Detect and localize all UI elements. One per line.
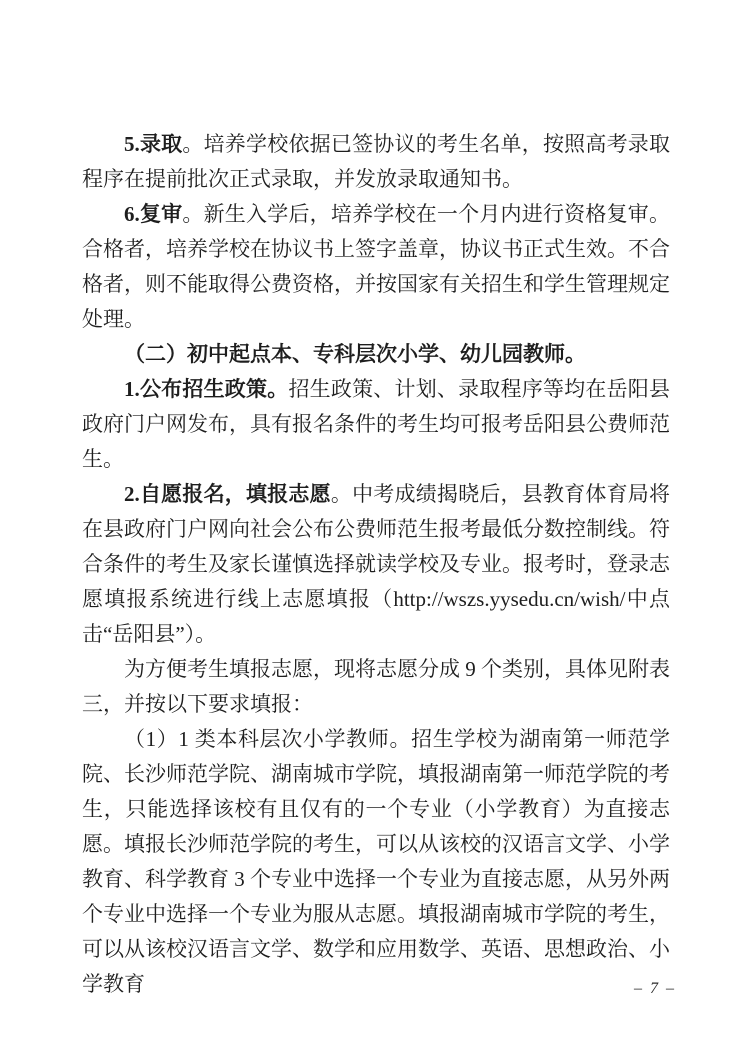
- paragraph-lead-bold: （二）初中起点本、专科层次小学、幼儿园教师。: [124, 342, 586, 366]
- paragraph: 2.自愿报名，填报志愿。中考成绩揭晓后，县教育体育局将在县政府门户网向社会公布公…: [82, 477, 670, 652]
- paragraph: 为方便考生填报志愿，现将志愿分成 9 个类别，具体见附表三，并按以下要求填报：: [82, 652, 670, 722]
- paragraph-lead-bold: 1.公布招生政策。: [124, 377, 288, 401]
- paragraph-lead-bold: 5.录取: [124, 132, 182, 156]
- paragraph-lead-bold: 6.复审: [124, 202, 182, 226]
- document-body: 5.录取。培养学校依据已签协议的考生名单，按照高考录取程序在提前批次正式录取，并…: [82, 127, 670, 1002]
- paragraph-text: （1）1 类本科层次小学教师。招生学校为湖南第一师范学院、长沙师范学院、湖南城市…: [82, 727, 670, 996]
- paragraph-lead-bold: 2.自愿报名，填报志愿: [124, 482, 331, 506]
- paragraph-text: 。中考成绩揭晓后，县教育体育局将在县政府门户网向社会公布公费师范生报考最低分数控…: [82, 482, 670, 646]
- section-heading: （二）初中起点本、专科层次小学、幼儿园教师。: [82, 337, 670, 372]
- paragraph: 5.录取。培养学校依据已签协议的考生名单，按照高考录取程序在提前批次正式录取，并…: [82, 127, 670, 197]
- paragraph: （1）1 类本科层次小学教师。招生学校为湖南第一师范学院、长沙师范学院、湖南城市…: [82, 722, 670, 1002]
- paragraph-text: 为方便考生填报志愿，现将志愿分成 9 个类别，具体见附表三，并按以下要求填报：: [82, 657, 670, 716]
- page-number: – 7 –: [634, 980, 676, 998]
- paragraph: 6.复审。新生入学后，培养学校在一个月内进行资格复审。合格者，培养学校在协议书上…: [82, 197, 670, 337]
- paragraph: 1.公布招生政策。招生政策、计划、录取程序等均在岳阳县政府门户网发布，具有报名条…: [82, 372, 670, 477]
- document-page: 5.录取。培养学校依据已签协议的考生名单，按照高考录取程序在提前批次正式录取，并…: [0, 0, 750, 1061]
